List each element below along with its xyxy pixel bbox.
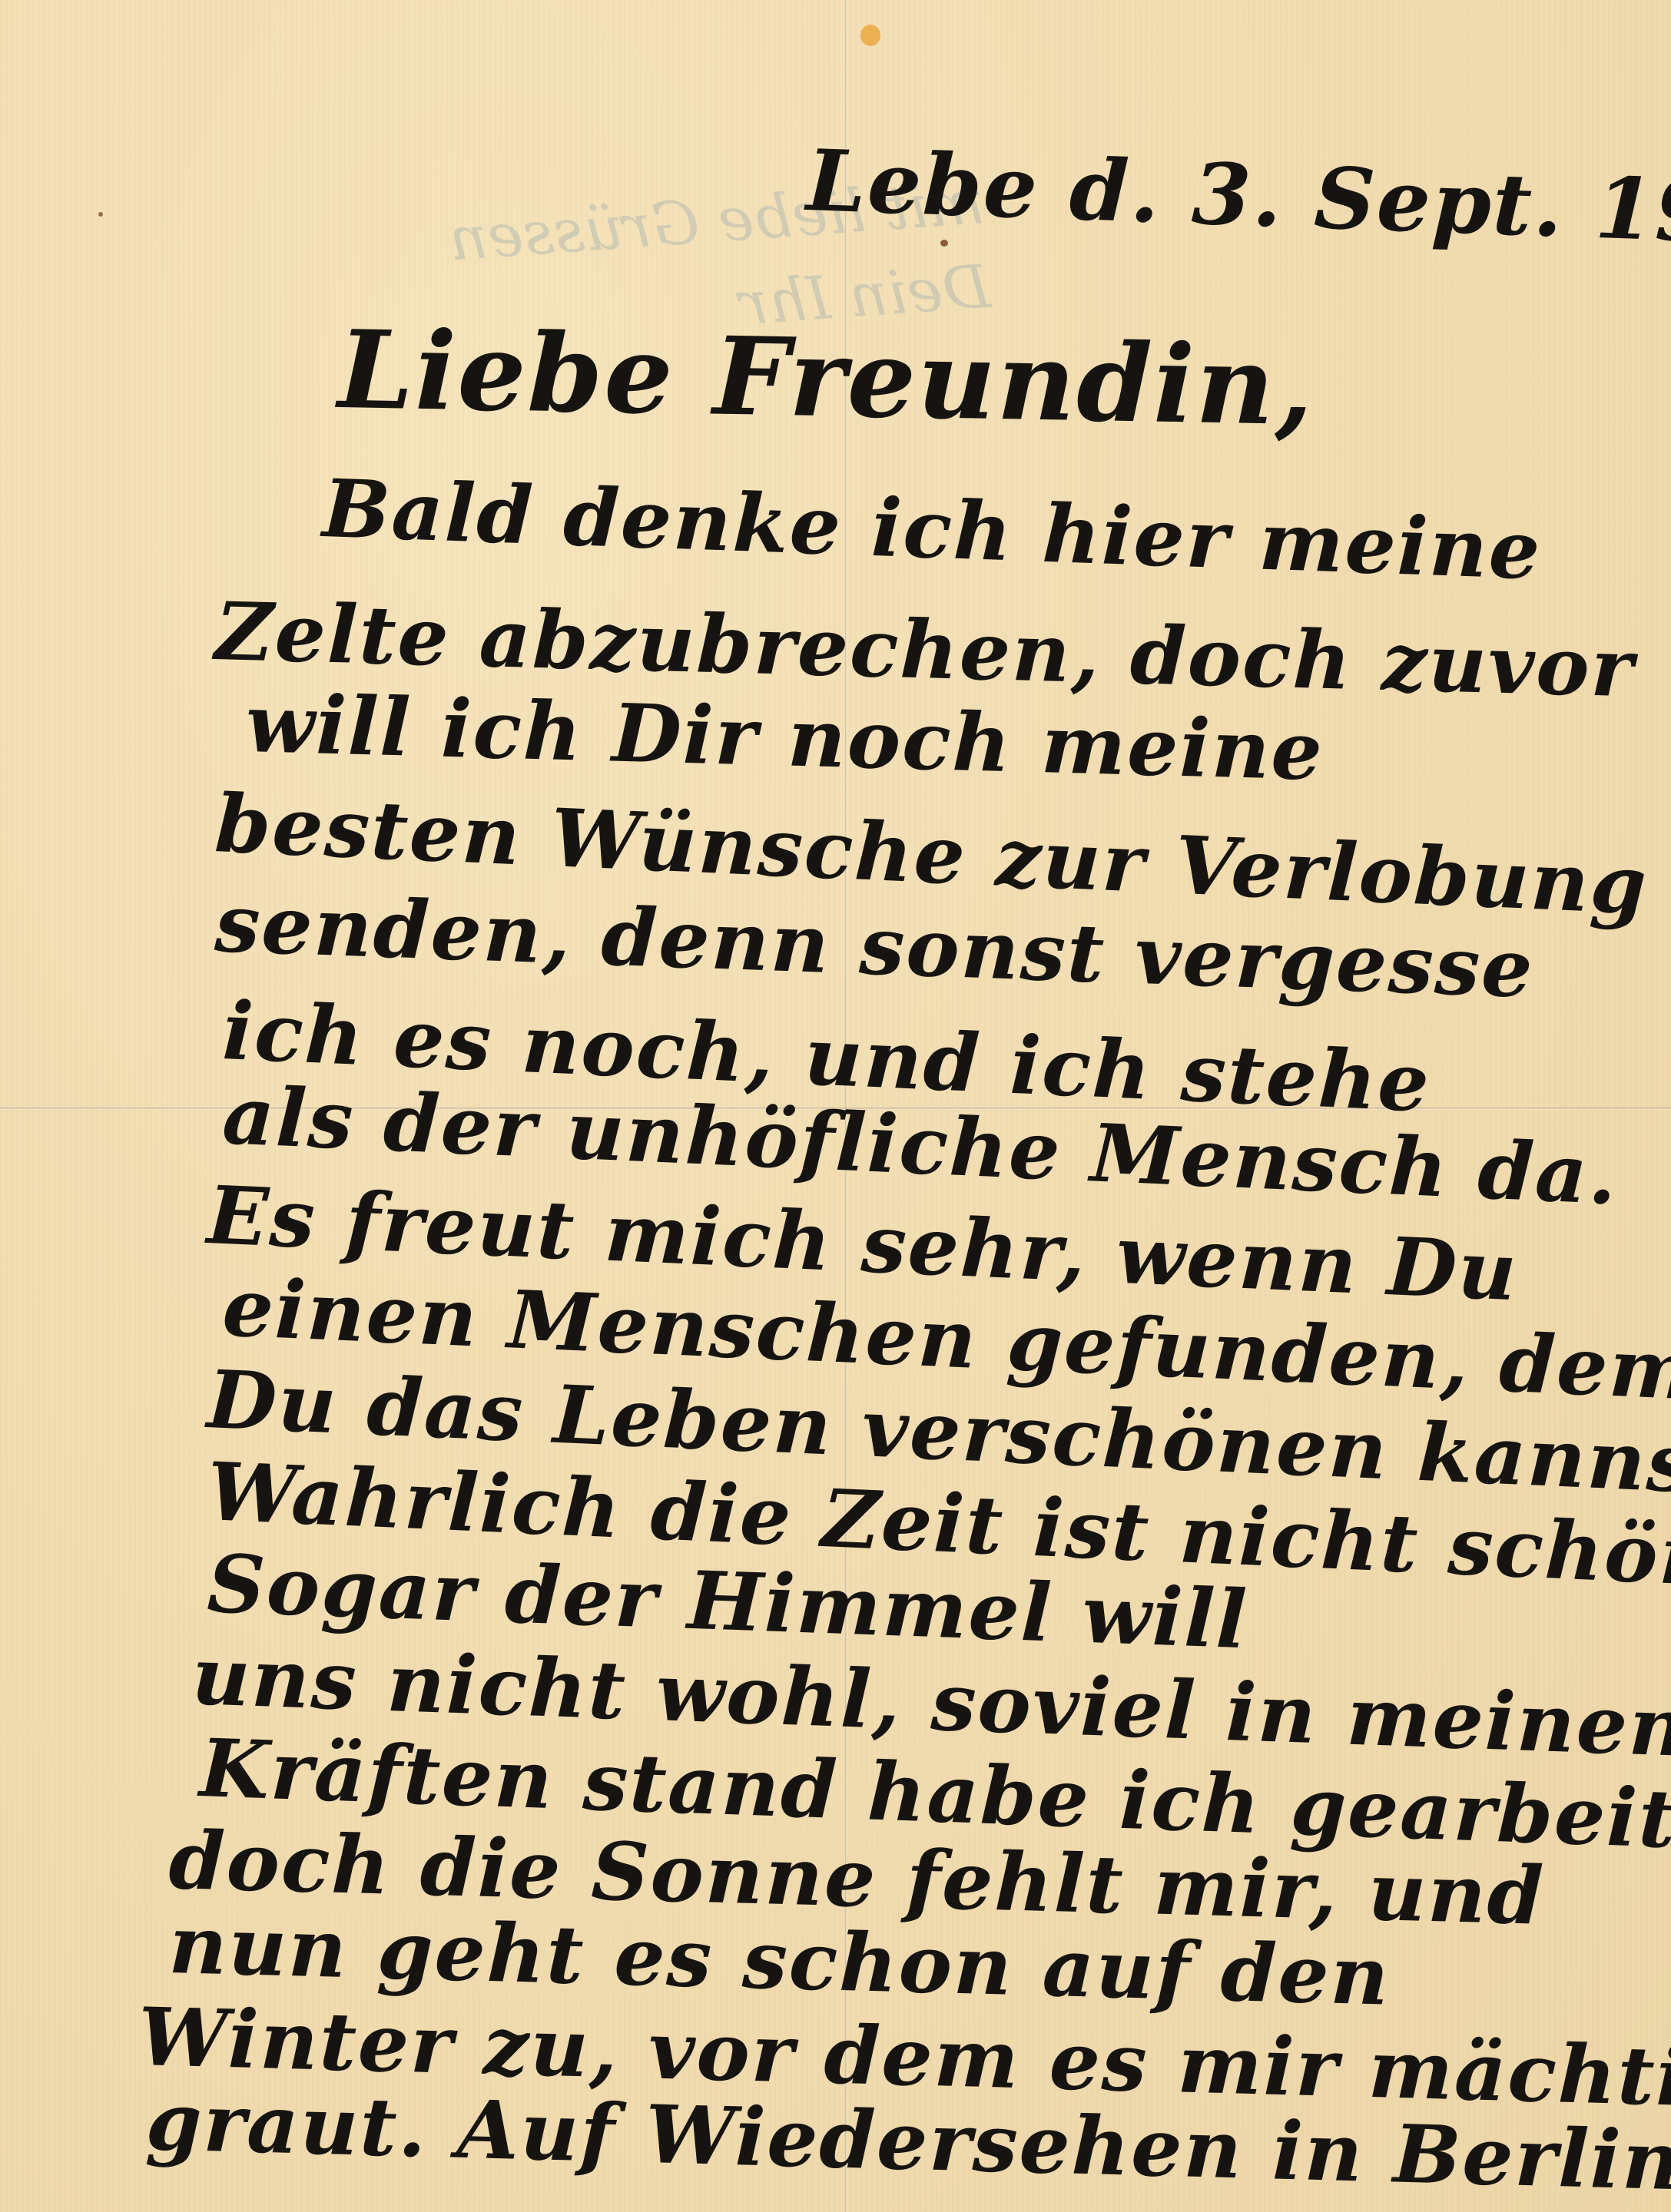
letter-line: Bald denke ich hier meine	[321, 461, 1543, 598]
stain-spot	[98, 212, 103, 217]
stain-spot	[860, 25, 880, 46]
letter-sheet: mit liebe Grüssen Dein Ihr Lebe d. 3. Se…	[0, 0, 1671, 2212]
salutation: Liebe Freundin,	[337, 307, 1316, 450]
